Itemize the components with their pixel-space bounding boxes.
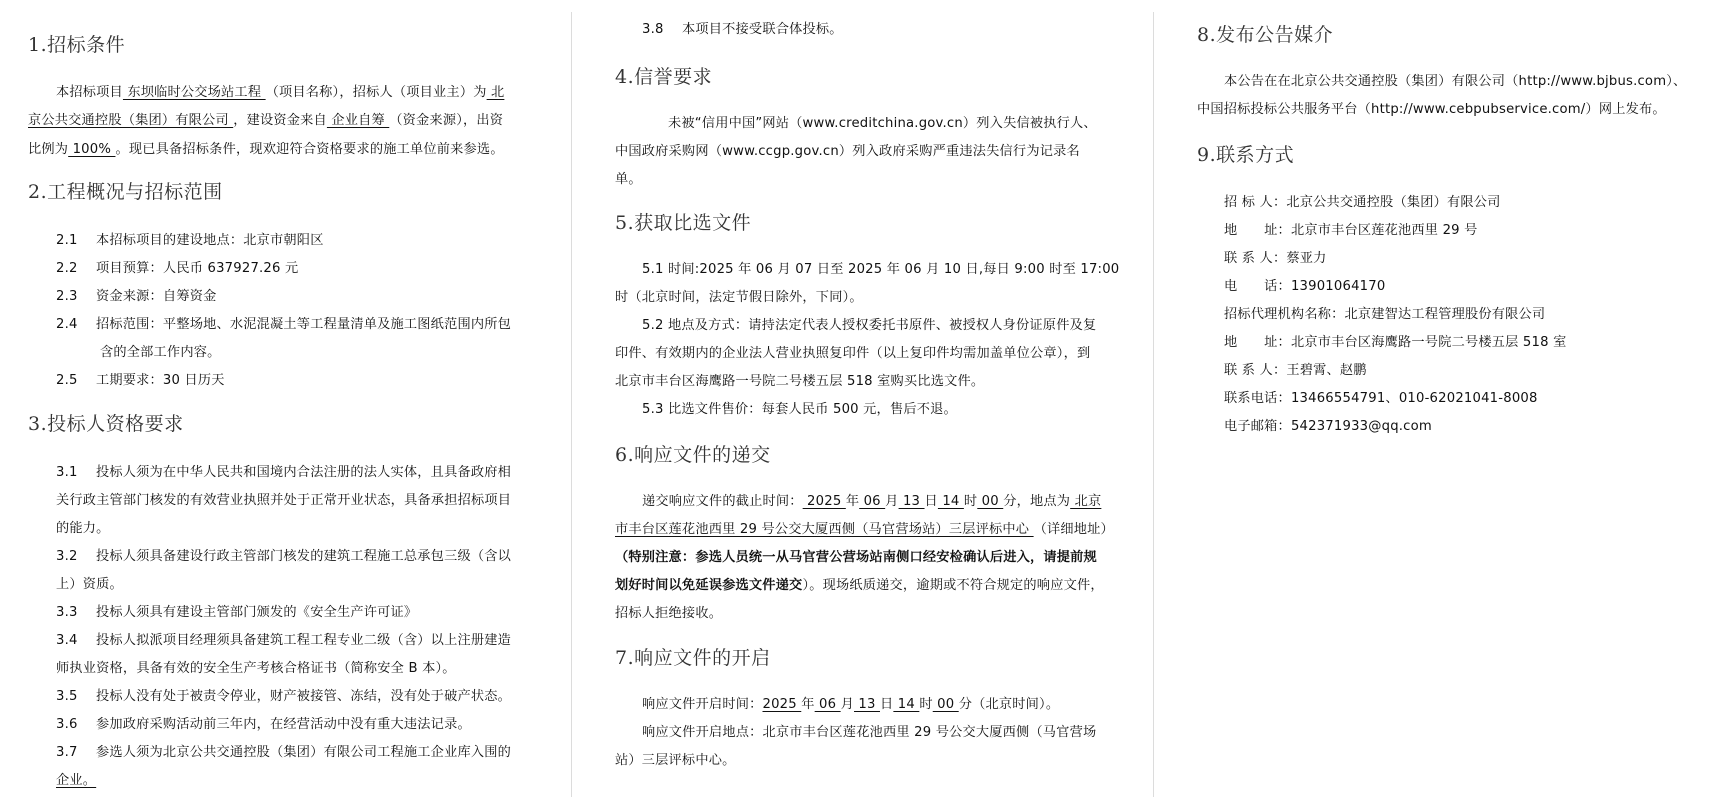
text: 。现已具备招标条件，现欢迎符合资格要求的施工单位前来参选。: [115, 142, 503, 157]
text: 分，地点为: [1003, 494, 1070, 509]
text: 年: [801, 697, 814, 712]
s5-item-2-cont: 印件、有效期内的企业法人营业执照复印件（以上复印件均需加盖单位公章），到: [615, 340, 1090, 368]
owner-name-part1: 北: [487, 85, 505, 100]
contact-value: 13466554791、010-62021041-8008: [1291, 391, 1538, 406]
contact-value: 蔡亚力: [1286, 251, 1326, 266]
contact-row: 联 系 人：蔡亚力: [1224, 245, 1327, 273]
contact-row: 招 标 人：北京公共交通控股（集团）有限公司: [1224, 189, 1501, 217]
funding-ratio: 100%: [68, 142, 115, 157]
list-item: 3.8本项目不接受联合体投标。: [642, 16, 843, 44]
s5-item-3: 5.3 比选文件售价：每套人民币 500 元，售后不退。: [642, 396, 957, 424]
s7-opening-time: 响应文件开启时间：2025 年 06 月 13 日 14 时 00 分（北京时间…: [642, 691, 1059, 719]
s5-item-1-cont: 时（北京时间，法定节假日除外，下同）。: [615, 284, 863, 312]
contact-label: 联 系 人：: [1224, 357, 1286, 385]
s8-line-2: 中国招标投标公共服务平台（http://www.cebpubservice.co…: [1197, 96, 1666, 124]
contact-row: 联系电话：13466554791、010-62021041-8008: [1224, 385, 1538, 413]
text: 响应文件开启时间：: [642, 697, 763, 712]
submission-place-part2: 市丰台区莲花池西里 29 号公交大厦西侧（马官营场站）三层评标中心: [615, 522, 1034, 537]
list-item: 3.7参选人须为北京公共交通控股（集团）有限公司工程施工企业库入围的: [56, 739, 511, 767]
section-9-heading: 9.联系方式: [1197, 140, 1294, 167]
item-text: 参选人须为北京公共交通控股（集团）有限公司工程施工企业库入围的: [96, 745, 511, 760]
list-item-continuation: 含的全部工作内容。: [100, 339, 221, 367]
list-item: 3.5投标人没有处于被责令停业，财产被接管、冻结，没有处于破产状态。: [56, 683, 511, 711]
opening-hour: 14: [893, 697, 919, 712]
list-item: 3.4投标人拟派项目经理须具备建筑工程工程专业二级（含）以上注册建造: [56, 627, 511, 655]
section-6-heading: 6.响应文件的递交: [615, 440, 771, 467]
item-number: 3.8: [642, 16, 682, 44]
s1-line-2: 京公共交通控股（集团）有限公司 ，建设资金来自 企业自筹 （资金来源），出资: [28, 107, 503, 135]
text: 日: [880, 697, 893, 712]
list-item: 2.4招标范围：平整场地、水泥混凝土等工程量清单及施工图纸范围内所包: [56, 311, 511, 339]
column-left: 1.招标条件 本招标项目 东坝临时公交场站工程 （项目名称），招标人（项目业主）…: [0, 0, 571, 797]
contact-value: 北京市丰台区莲花池西里 29 号: [1291, 223, 1478, 238]
item-text: 本招标项目的建设地点：北京市朝阳区: [96, 233, 324, 248]
opening-day: 13: [854, 697, 880, 712]
contact-value: 北京公共交通控股（集团）有限公司: [1286, 195, 1500, 210]
project-name: 东坝临时公交场站工程: [123, 85, 266, 100]
contact-value: 13901064170: [1291, 279, 1386, 294]
s6-line-5: 招标人拒绝接收。: [615, 600, 722, 628]
deadline-month: 06: [859, 494, 885, 509]
list-item: 2.5工期要求：30 日历天: [56, 367, 225, 395]
item-number: 3.3: [56, 599, 96, 627]
s5-item-2: 5.2 地点及方式：请持法定代表人授权委托书原件、被授权人身份证原件及复: [642, 312, 1096, 340]
text: 日: [925, 494, 938, 509]
contact-row: 地 址：北京市丰台区海鹰路一号院二号楼五层 518 室: [1224, 329, 1566, 357]
item-text: 投标人须为在中华人民共和国境内合法注册的法人实体，且具备政府相: [96, 465, 511, 480]
item-number: 2.5: [56, 367, 96, 395]
item-number: 2.3: [56, 283, 96, 311]
s7-opening-place: 响应文件开启地点：北京市丰台区莲花池西里 29 号公交大厦西侧（马官营场: [642, 719, 1096, 747]
text: 本招标项目: [56, 85, 123, 100]
column-right: 8.发布公告媒介 本公告在在北京公共交通控股（集团）有限公司（http://ww…: [1153, 12, 1709, 797]
text: （详细地址）: [1034, 522, 1114, 537]
item-number: 3.6: [56, 711, 96, 739]
item-number: 3.2: [56, 543, 96, 571]
contact-label: 电 话：: [1224, 273, 1291, 301]
opening-minute: 00: [933, 697, 959, 712]
s8-line-1: 本公告在在北京公共交通控股（集团）有限公司（http://www.bjbus.c…: [1224, 68, 1686, 96]
item-number: 2.1: [56, 227, 96, 255]
contact-label: 联 系 人：: [1224, 245, 1286, 273]
s1-line-1: 本招标项目 东坝临时公交场站工程 （项目名称），招标人（项目业主）为 北: [56, 79, 504, 107]
contact-row: 地 址：北京市丰台区莲花池西里 29 号: [1224, 217, 1478, 245]
contact-value: 北京建智达工程管理股份有限公司: [1345, 307, 1546, 322]
contact-label: 联系电话：: [1224, 385, 1291, 413]
list-item: 2.1本招标项目的建设地点：北京市朝阳区: [56, 227, 324, 255]
section-2-heading: 2.工程概况与招标范围: [28, 177, 223, 204]
item-number: 3.5: [56, 683, 96, 711]
item-text: 资金来源：自筹资金: [96, 289, 217, 304]
opening-month: 06: [815, 697, 841, 712]
special-notice-cont: 划好时间以免延误参选文件递交: [615, 578, 802, 593]
contact-row: 电子邮箱：542371933@qq.com: [1224, 413, 1432, 441]
text: 月: [841, 697, 854, 712]
list-item-continuation: 上）资质。: [56, 571, 123, 599]
s6-line-4: 划好时间以免延误参选文件递交）。现场纸质递交，逾期或不符合规定的响应文件，: [615, 572, 1104, 600]
item-text: 参加政府采购活动前三年内，在经营活动中没有重大违法记录。: [96, 717, 471, 732]
text: （资金来源），出资: [389, 113, 503, 128]
section-3-heading: 3.投标人资格要求: [28, 409, 184, 436]
text: 月: [885, 494, 898, 509]
text: 递交响应文件的截止时间：: [642, 494, 803, 509]
item-text: 项目预算：人民币 637927.26 元: [96, 261, 298, 276]
section-8-heading: 8.发布公告媒介: [1197, 20, 1333, 47]
item-number: 2.4: [56, 311, 96, 339]
item-text: 投标人须具备建设行政主管部门核发的建筑工程施工总承包三级（含以: [96, 549, 511, 564]
section-4-heading: 4.信誉要求: [615, 62, 712, 89]
text: 比例为: [28, 142, 68, 157]
contact-label: 地 址：: [1224, 217, 1291, 245]
fund-source: 企业自筹: [327, 113, 389, 128]
list-item: 3.1投标人须为在中华人民共和国境内合法注册的法人实体，且具备政府相: [56, 459, 511, 487]
text: 分（北京时间）。: [959, 697, 1060, 712]
deadline-year: 2025: [803, 494, 846, 509]
contact-email: 542371933@qq.com: [1291, 419, 1432, 434]
contact-row: 联 系 人：王碧霄、赵鹏: [1224, 357, 1367, 385]
text: （项目名称），招标人（项目业主）为: [266, 85, 487, 100]
s4-line-2: 中国政府采购网（www.ccgp.gov.cn）列入政府采购严重违法失信行为记录…: [615, 138, 1080, 166]
list-item-continuation: 师执业资格，具备有效的安全生产考核合格证书（简称安全 B 本）。: [56, 655, 456, 683]
item-text: 投标人须具有建设主管部门颁发的《安全生产许可证》: [96, 605, 417, 620]
opening-year: 2025: [763, 697, 802, 712]
section-7-heading: 7.响应文件的开启: [615, 643, 771, 670]
section-5-heading: 5.获取比选文件: [615, 208, 751, 235]
deadline-day: 13: [899, 494, 925, 509]
owner-name-part2: 京公共交通控股（集团）有限公司: [28, 113, 233, 128]
contact-value: 王碧霄、赵鹏: [1286, 363, 1366, 378]
list-item: 3.6参加政府采购活动前三年内，在经营活动中没有重大违法记录。: [56, 711, 471, 739]
column-middle: 3.8本项目不接受联合体投标。 4.信誉要求 未被“信用中国”网站（www.cr…: [571, 12, 1153, 797]
contact-label: 电子邮箱：: [1224, 413, 1291, 441]
s6-special-notice: （特别注意：参选人员统一从马官营公营场站南侧口经安检确认后进入，请提前规: [615, 544, 1097, 572]
list-item-continuation: 关行政主管部门核发的有效营业执照并处于正常开业状态，具备承担招标项目: [56, 487, 511, 515]
s5-item-2-cont: 北京市丰台区海鹰路一号院二号楼五层 518 室购买比选文件。: [615, 368, 984, 396]
item-text: 招标范围：平整场地、水泥混凝土等工程量清单及施工图纸范围内所包: [96, 317, 511, 332]
list-item: 3.3投标人须具有建设主管部门颁发的《安全生产许可证》: [56, 599, 417, 627]
text: ，建设资金来自: [233, 113, 327, 128]
list-item-continuation: 企业。: [56, 767, 96, 795]
item-text: 投标人没有处于被责令停业，财产被接管、冻结，没有处于破产状态。: [96, 689, 511, 704]
s7-opening-place-cont: 站）三层评标中心。: [615, 747, 736, 775]
s4-line-3: 单。: [615, 166, 642, 194]
list-item: 3.2投标人须具备建设行政主管部门核发的建筑工程施工总承包三级（含以: [56, 543, 511, 571]
item-text: 投标人拟派项目经理须具备建筑工程工程专业二级（含）以上注册建造: [96, 633, 511, 648]
section-1-heading: 1.招标条件: [28, 30, 125, 57]
list-item: 2.2项目预算：人民币 637927.26 元: [56, 255, 298, 283]
item-number: 3.4: [56, 627, 96, 655]
s6-line-1: 递交响应文件的截止时间： 2025 年 06 月 13 日 14 时 00 分，…: [642, 488, 1101, 516]
text: 年: [846, 494, 859, 509]
list-item: 2.3资金来源：自筹资金: [56, 283, 217, 311]
s5-item-1: 5.1 时间:2025 年 06 月 07 日至 2025 年 06 月 10 …: [642, 256, 1119, 284]
contact-row: 电 话：13901064170: [1224, 273, 1385, 301]
deadline-hour: 14: [938, 494, 964, 509]
deadline-minute: 00: [977, 494, 1003, 509]
submission-place-part1: 北京: [1070, 494, 1101, 509]
text: 时: [964, 494, 977, 509]
item-text: 工期要求：30 日历天: [96, 373, 225, 388]
contact-label: 招 标 人：: [1224, 189, 1286, 217]
item-number: 3.7: [56, 739, 96, 767]
item-number: 2.2: [56, 255, 96, 283]
s1-line-3: 比例为 100% 。现已具备招标条件，现欢迎符合资格要求的施工单位前来参选。: [28, 136, 504, 164]
list-item-continuation: 的能力。: [56, 515, 110, 543]
contact-value: 北京市丰台区海鹰路一号院二号楼五层 518 室: [1291, 335, 1567, 350]
contact-label: 地 址：: [1224, 329, 1291, 357]
s4-line-1: 未被“信用中国”网站（www.creditchina.gov.cn）列入失信被执…: [668, 110, 1097, 138]
contact-row: 招标代理机构名称：北京建智达工程管理股份有限公司: [1224, 301, 1545, 329]
item-number: 3.1: [56, 459, 96, 487]
contact-label: 招标代理机构名称：: [1224, 301, 1345, 329]
s6-line-2: 市丰台区莲花池西里 29 号公交大厦西侧（马官营场站）三层评标中心 （详细地址）: [615, 516, 1114, 544]
text: ）。现场纸质递交，逾期或不符合规定的响应文件，: [802, 578, 1103, 593]
text: 时: [919, 697, 932, 712]
item-text: 本项目不接受联合体投标。: [682, 22, 843, 37]
